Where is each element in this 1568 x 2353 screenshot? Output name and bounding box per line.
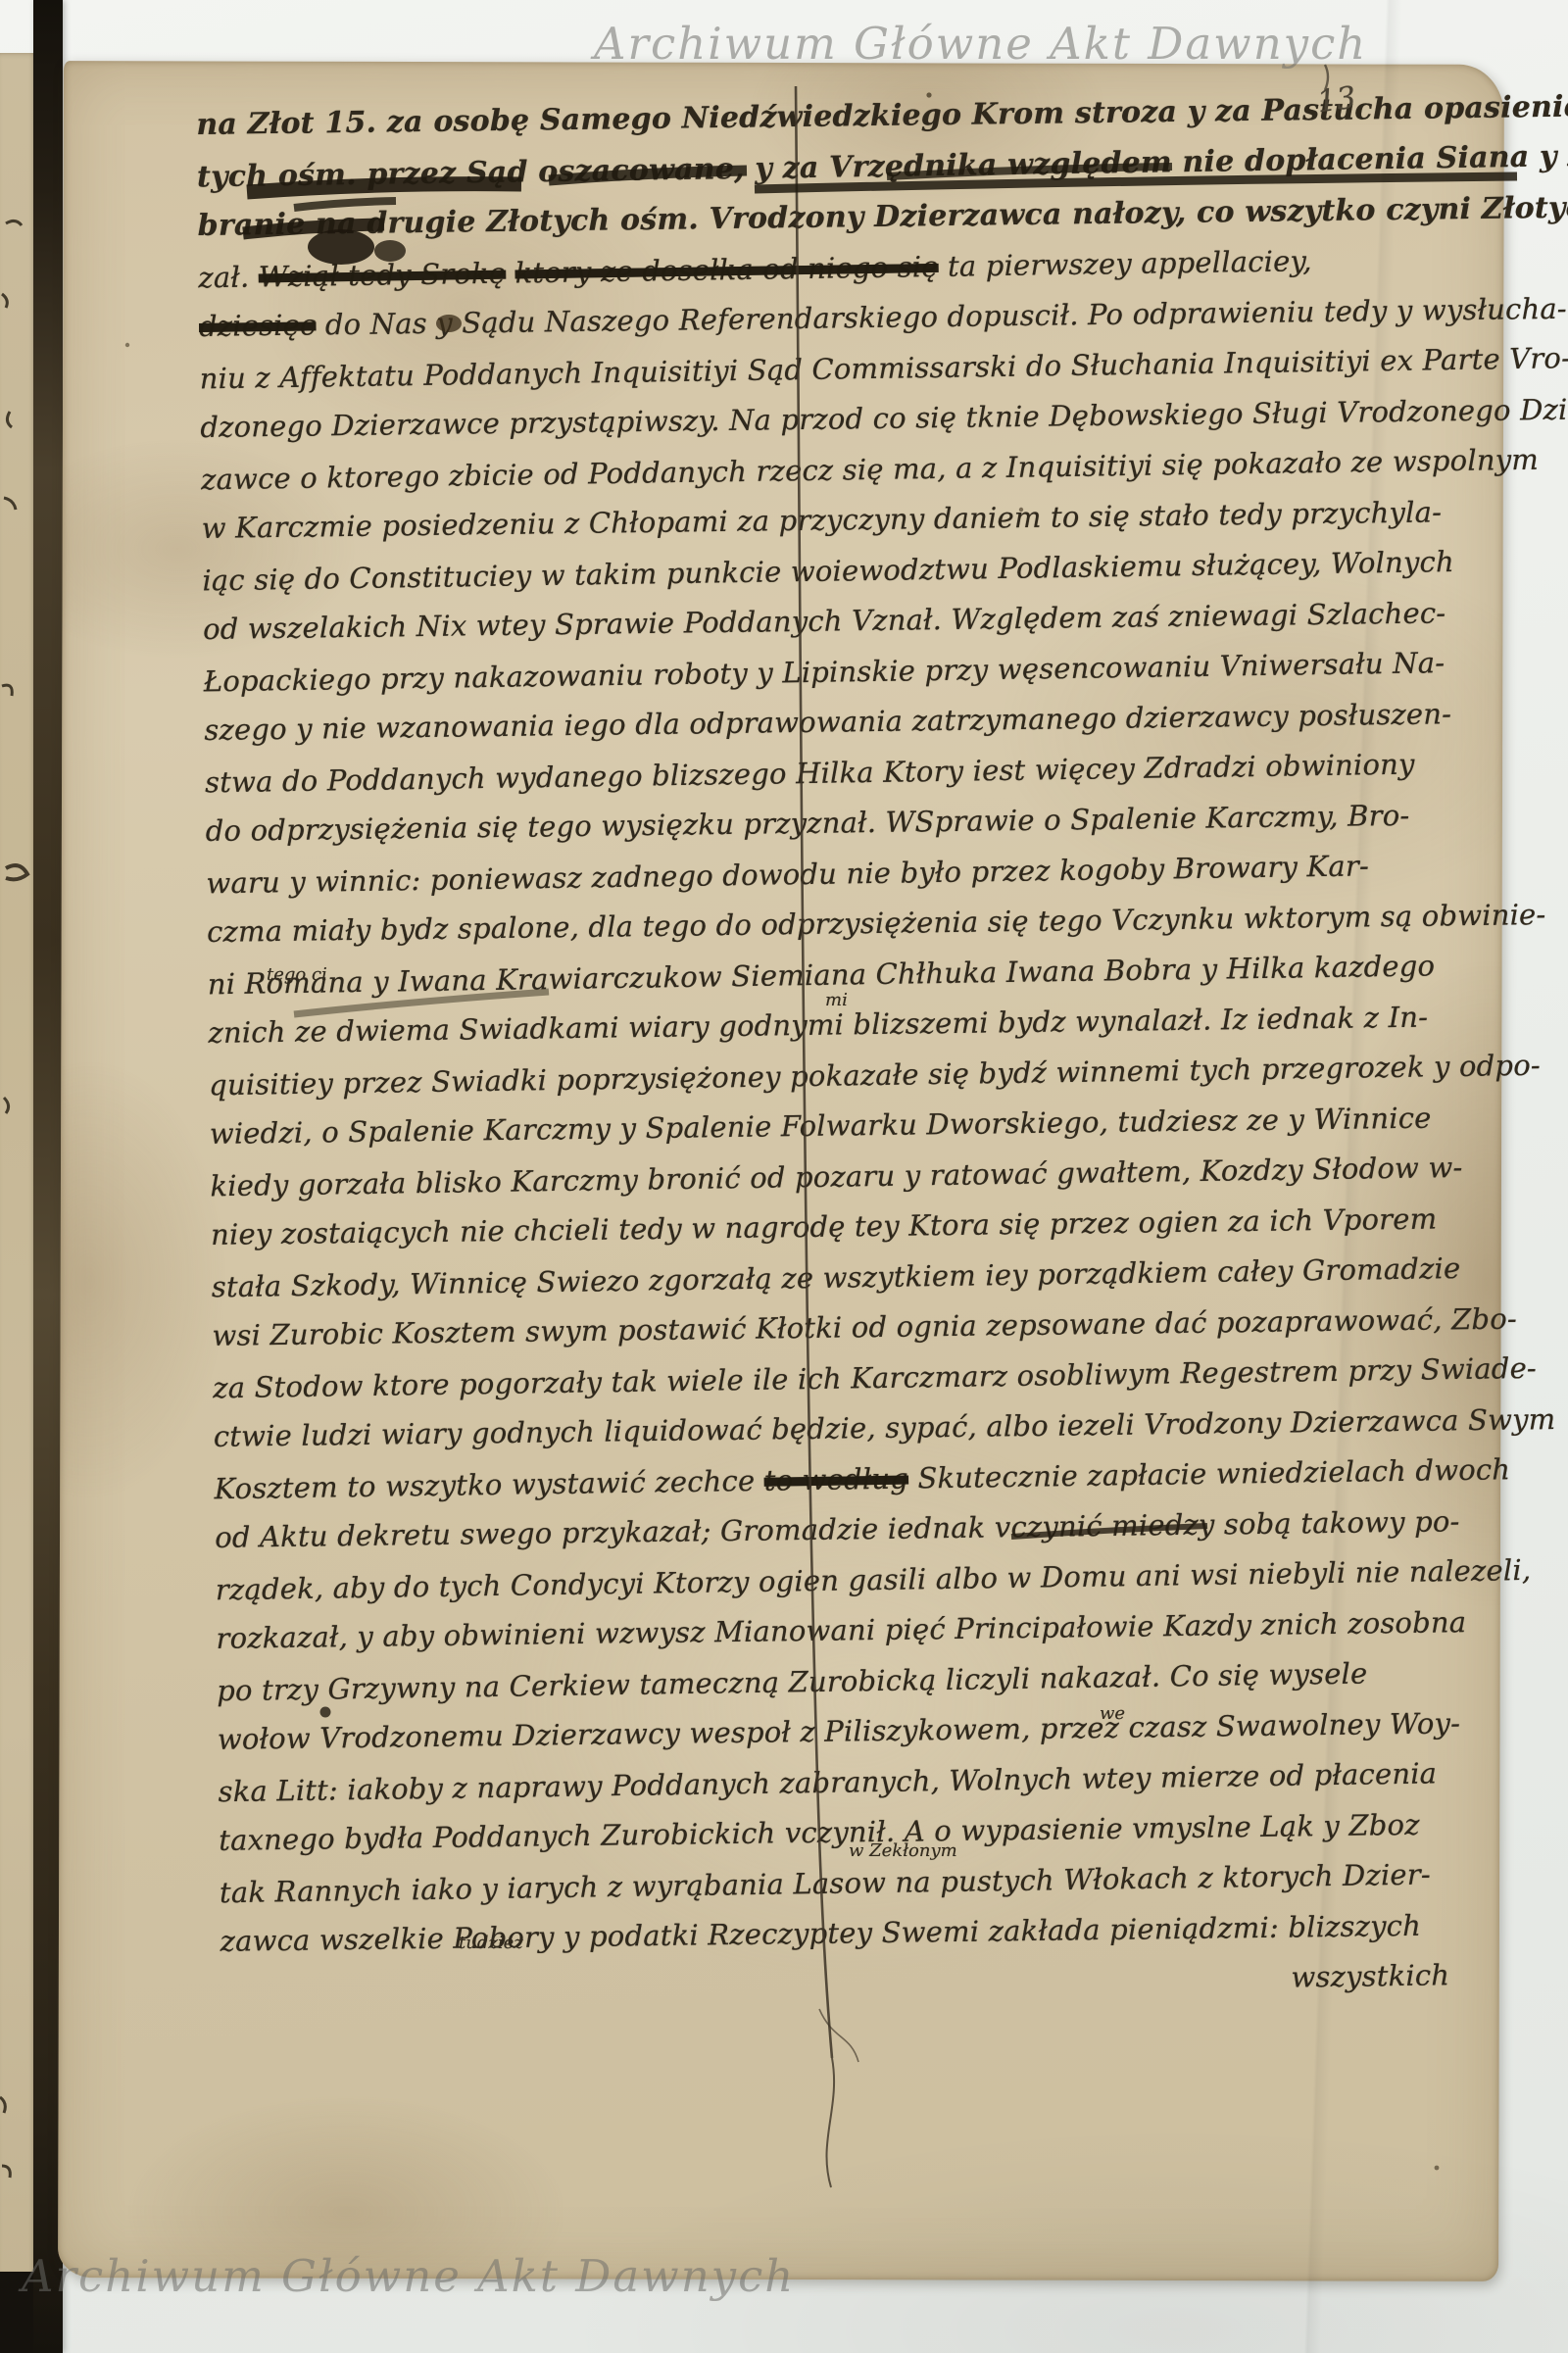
handwritten-text: stwa do Poddanych wydanego blizszego Hil…	[205, 747, 1415, 799]
handwritten-text: Kosztem to wszytko wystawić zechce	[214, 1463, 764, 1505]
handwritten-text: waru y winnic: poniewasz zadnego dowodu …	[206, 849, 1369, 900]
interlinear-word: mi	[825, 990, 848, 1010]
handwritten-text: iąc się do Constituciey w takim punkcie …	[202, 544, 1454, 596]
handwritten-text: Skutecznie zapłacie wniedzielach dwoch	[908, 1452, 1511, 1495]
handwritten-text: ska Litt: iakoby z naprawy Poddanych zab…	[218, 1756, 1437, 1808]
handwritten-text: znich ze dwiema Swiadkami wiary godnymi …	[208, 1001, 1428, 1050]
handwritten-text: kiedy gorzała blisko Karczmy bronić od p…	[210, 1150, 1462, 1201]
handwritten-text: zał.	[198, 260, 259, 294]
handwritten-text: taxnego bydła Poddanych Zurobickich vczy…	[219, 1808, 1420, 1857]
handwritten-text: niey zostaiących nie chcieli tedy w nagr…	[211, 1202, 1438, 1251]
handwritten-text: ni Romana y Iwana Krawiarczukow Siemiana…	[208, 949, 1436, 1001]
handwritten-text: po trzy Grzywny na Cerkiew tameczną Zuro…	[217, 1656, 1368, 1707]
interlinear-word: tego ci	[267, 964, 327, 985]
manuscript-text-block: na Złot 15. za osobę Samego Niedźwiedzki…	[196, 82, 1544, 2018]
interlinear-word: w Zekłonym	[849, 1840, 957, 1861]
interlinear-word: we	[1100, 1703, 1125, 1724]
struck-text: to według	[763, 1461, 908, 1496]
interlinear-word: tudziez	[459, 1933, 523, 1953]
handwritten-text: ta pierwszey appellaciey,	[938, 244, 1312, 283]
handwritten-text: stała Szkody, Winnicę Swiezo zgorzałą ze…	[212, 1250, 1461, 1302]
handwritten-text: wiedzi, o Spalenie Karczmy y Spalenie Fo…	[210, 1102, 1432, 1151]
struck-text: dziesięc	[199, 308, 317, 343]
watermark-bottom: Archiwum Główne Akt Dawnych	[22, 2250, 795, 2302]
handwritten-text: Łopackiego przy nakazowaniu roboty y Lip…	[204, 646, 1445, 698]
handwritten-text: do odprzysiężenia się tego wysięzku przy…	[206, 799, 1410, 848]
handwritten-text: do Nas y Sądu Naszego Referendarskiego d…	[316, 292, 1567, 342]
folio-number: 13	[1315, 80, 1358, 121]
handwritten-text: wszystkich	[1291, 1958, 1449, 1993]
struck-text: Wziął tedy Srokę	[259, 256, 507, 293]
struck-text: ktory ze dosełka od niego się	[514, 249, 939, 289]
handwritten-text: tak Rannych iako y iarych z wyrąbania La…	[220, 1857, 1431, 1909]
archival-scan: na Złot 15. za osobę Samego Niedźwiedzki…	[0, 0, 1568, 2353]
handwritten-text: zawca wszelkie Pobory y podatki Rzeczypt…	[220, 1909, 1421, 1958]
watermark-top: Archiwum Główne Akt Dawnych	[594, 18, 1367, 70]
